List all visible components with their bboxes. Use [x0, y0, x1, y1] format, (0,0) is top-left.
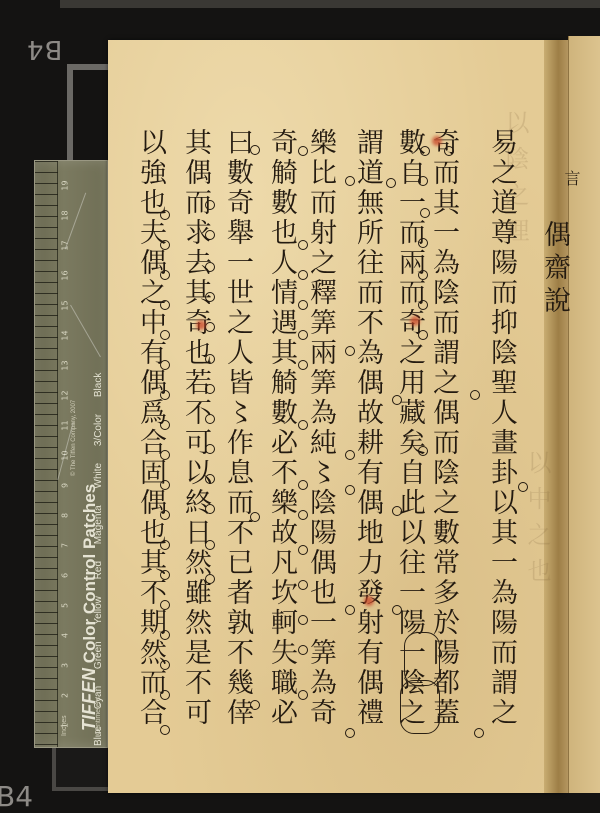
- punctuation-circle: [298, 545, 308, 555]
- backdrop-frame-bottom: [52, 745, 116, 791]
- red-annotation-mark: [196, 320, 206, 330]
- ruler-number: 4: [61, 628, 70, 644]
- punctuation-circle: [298, 146, 308, 156]
- punctuation-circle: [205, 384, 215, 394]
- punctuation-circle: [160, 300, 170, 310]
- punctuation-circle: [298, 510, 308, 520]
- patch-label-black: Black: [93, 373, 104, 397]
- red-annotation-mark: [410, 316, 420, 326]
- ruler-number: 3: [61, 658, 70, 674]
- punctuation-circle: [345, 605, 355, 615]
- punctuation-circle: [444, 146, 454, 156]
- punctuation-circle: [160, 210, 170, 220]
- backdrop-top-edge: [60, 0, 600, 8]
- patch-label-green: Green: [93, 641, 104, 669]
- punctuation-circle: [250, 700, 260, 710]
- punctuation-circle: [205, 504, 215, 514]
- punctuation-circle: [160, 360, 170, 370]
- color-control-ruler: 1 2 3 4 5 6 7 8 9 10 11 12 13 14 15 16 1…: [34, 160, 108, 748]
- punctuation-circle: [205, 354, 215, 364]
- punctuation-circle: [470, 390, 480, 400]
- ruler-ticks: [35, 161, 58, 747]
- punctuation-circle: [298, 300, 308, 310]
- ruler-number: 7: [61, 538, 70, 554]
- text-column-6: 奇觭數也人情遇其觭數必不樂故凡坎軻失職必: [266, 128, 296, 728]
- punctuation-circle: [205, 200, 215, 210]
- punctuation-circle: [205, 540, 215, 550]
- punctuation-circle: [345, 485, 355, 495]
- patch-labels: Blue Cyan Green Yellow Red Magenta White…: [93, 373, 104, 746]
- punctuation-circle: [160, 240, 170, 250]
- punctuation-circle: [418, 176, 428, 186]
- ruler-number: 9: [61, 478, 70, 494]
- ruler-number: 18: [61, 208, 70, 224]
- punctuation-circle: [298, 420, 308, 430]
- punctuation-circle: [205, 230, 215, 240]
- punctuation-circle: [160, 480, 170, 490]
- punctuation-circle: [345, 450, 355, 460]
- circled-annotation: [400, 680, 440, 734]
- punctuation-circle: [392, 395, 402, 405]
- units-centimeters-label: Centimeters: [95, 697, 102, 735]
- punctuation-circle: [418, 238, 428, 248]
- circled-annotation: [404, 632, 440, 686]
- patch-label-3color: 3/Color: [93, 414, 104, 446]
- red-annotation-mark: [364, 596, 374, 606]
- text-column-5: 樂比而射之釋筭兩筭為純〻陰陽偶也一筭為奇: [305, 128, 335, 728]
- punctuation-circle: [386, 178, 396, 188]
- punctuation-circle: [392, 506, 402, 516]
- text-column-8: 其偶而求去其奇也若不可以終日然雖然是不可: [180, 128, 210, 728]
- punctuation-circle: [205, 322, 215, 332]
- punctuation-circle: [160, 450, 170, 460]
- punctuation-circle: [345, 176, 355, 186]
- punctuation-circle: [345, 728, 355, 738]
- copyright-label: © The Tiffen Company, 2007: [71, 400, 77, 476]
- punctuation-circle: [205, 444, 215, 454]
- backdrop-label-bottom: B4: [0, 780, 33, 813]
- ruler-number: 2: [61, 688, 70, 704]
- red-annotation-mark: [432, 136, 442, 146]
- punctuation-circle: [160, 570, 170, 580]
- patch-label-yellow: Yellow: [93, 596, 104, 625]
- punctuation-circle: [298, 580, 308, 590]
- punctuation-circle: [298, 480, 308, 490]
- punctuation-circle: [160, 510, 170, 520]
- backdrop-label-top: B4: [26, 34, 62, 64]
- text-column-4: 謂道無所往而不為偶故耕有偶地力發射有偶禮: [352, 128, 382, 728]
- punctuation-circle: [160, 270, 170, 280]
- ruler-number: 13: [61, 358, 70, 374]
- punctuation-circle: [160, 330, 170, 340]
- ruler-number: 11: [61, 418, 70, 434]
- punctuation-circle: [418, 270, 428, 280]
- punctuation-circle: [250, 512, 260, 522]
- punctuation-circle: [298, 645, 308, 655]
- punctuation-circle: [474, 728, 484, 738]
- units-inches-label: Inches: [61, 715, 68, 736]
- punctuation-circle: [250, 145, 260, 155]
- ruler-number: 5: [61, 598, 70, 614]
- patch-label-white: White: [93, 463, 104, 489]
- bleed-through-text: 以中之也: [520, 450, 555, 594]
- punctuation-circle: [160, 600, 170, 610]
- punctuation-circle: [345, 346, 355, 356]
- punctuation-circle: [418, 300, 428, 310]
- punctuation-circle: [160, 390, 170, 400]
- punctuation-circle: [160, 540, 170, 550]
- ruler-number: 8: [61, 508, 70, 524]
- document-title: 偶齋說: [535, 220, 574, 319]
- text-column-7: 曰數奇舉一世之人皆〻作息而不已者孰不幾倖: [222, 128, 252, 728]
- punctuation-circle: [418, 330, 428, 340]
- punctuation-circle: [298, 360, 308, 370]
- scratch-mark: [70, 305, 101, 357]
- punctuation-circle: [420, 208, 430, 218]
- patch-label-magenta: Magenta: [93, 505, 104, 544]
- ruler-number: 6: [61, 568, 70, 584]
- punctuation-circle: [205, 262, 215, 272]
- text-column-1: 易之道尊陽而抑陰聖人畫卦以其一為陽而謂之: [486, 128, 516, 728]
- page-gutter: [544, 40, 568, 793]
- punctuation-circle: [518, 482, 528, 492]
- punctuation-circle: [205, 574, 215, 584]
- punctuation-circle: [160, 690, 170, 700]
- ruler-number: 14: [61, 328, 70, 344]
- punctuation-circle: [160, 630, 170, 640]
- punctuation-circle: [298, 330, 308, 340]
- running-head: 言: [560, 170, 583, 186]
- punctuation-circle: [205, 292, 215, 302]
- punctuation-circle: [298, 690, 308, 700]
- punctuation-circle: [205, 474, 215, 484]
- patch-label-red: Red: [93, 561, 104, 579]
- punctuation-circle: [160, 660, 170, 670]
- ruler-number: 15: [61, 298, 70, 314]
- punctuation-circle: [205, 414, 215, 424]
- adjacent-page-edge: [568, 36, 600, 793]
- punctuation-circle: [418, 446, 428, 456]
- punctuation-circle: [298, 615, 308, 625]
- ruler-number: 16: [61, 268, 70, 284]
- punctuation-circle: [298, 240, 308, 250]
- punctuation-circle: [392, 605, 402, 615]
- ruler-number: 12: [61, 388, 70, 404]
- ruler-number: 19: [61, 178, 70, 194]
- punctuation-circle: [160, 725, 170, 735]
- punctuation-circle: [160, 420, 170, 430]
- punctuation-circle: [298, 270, 308, 280]
- punctuation-circle: [420, 146, 430, 156]
